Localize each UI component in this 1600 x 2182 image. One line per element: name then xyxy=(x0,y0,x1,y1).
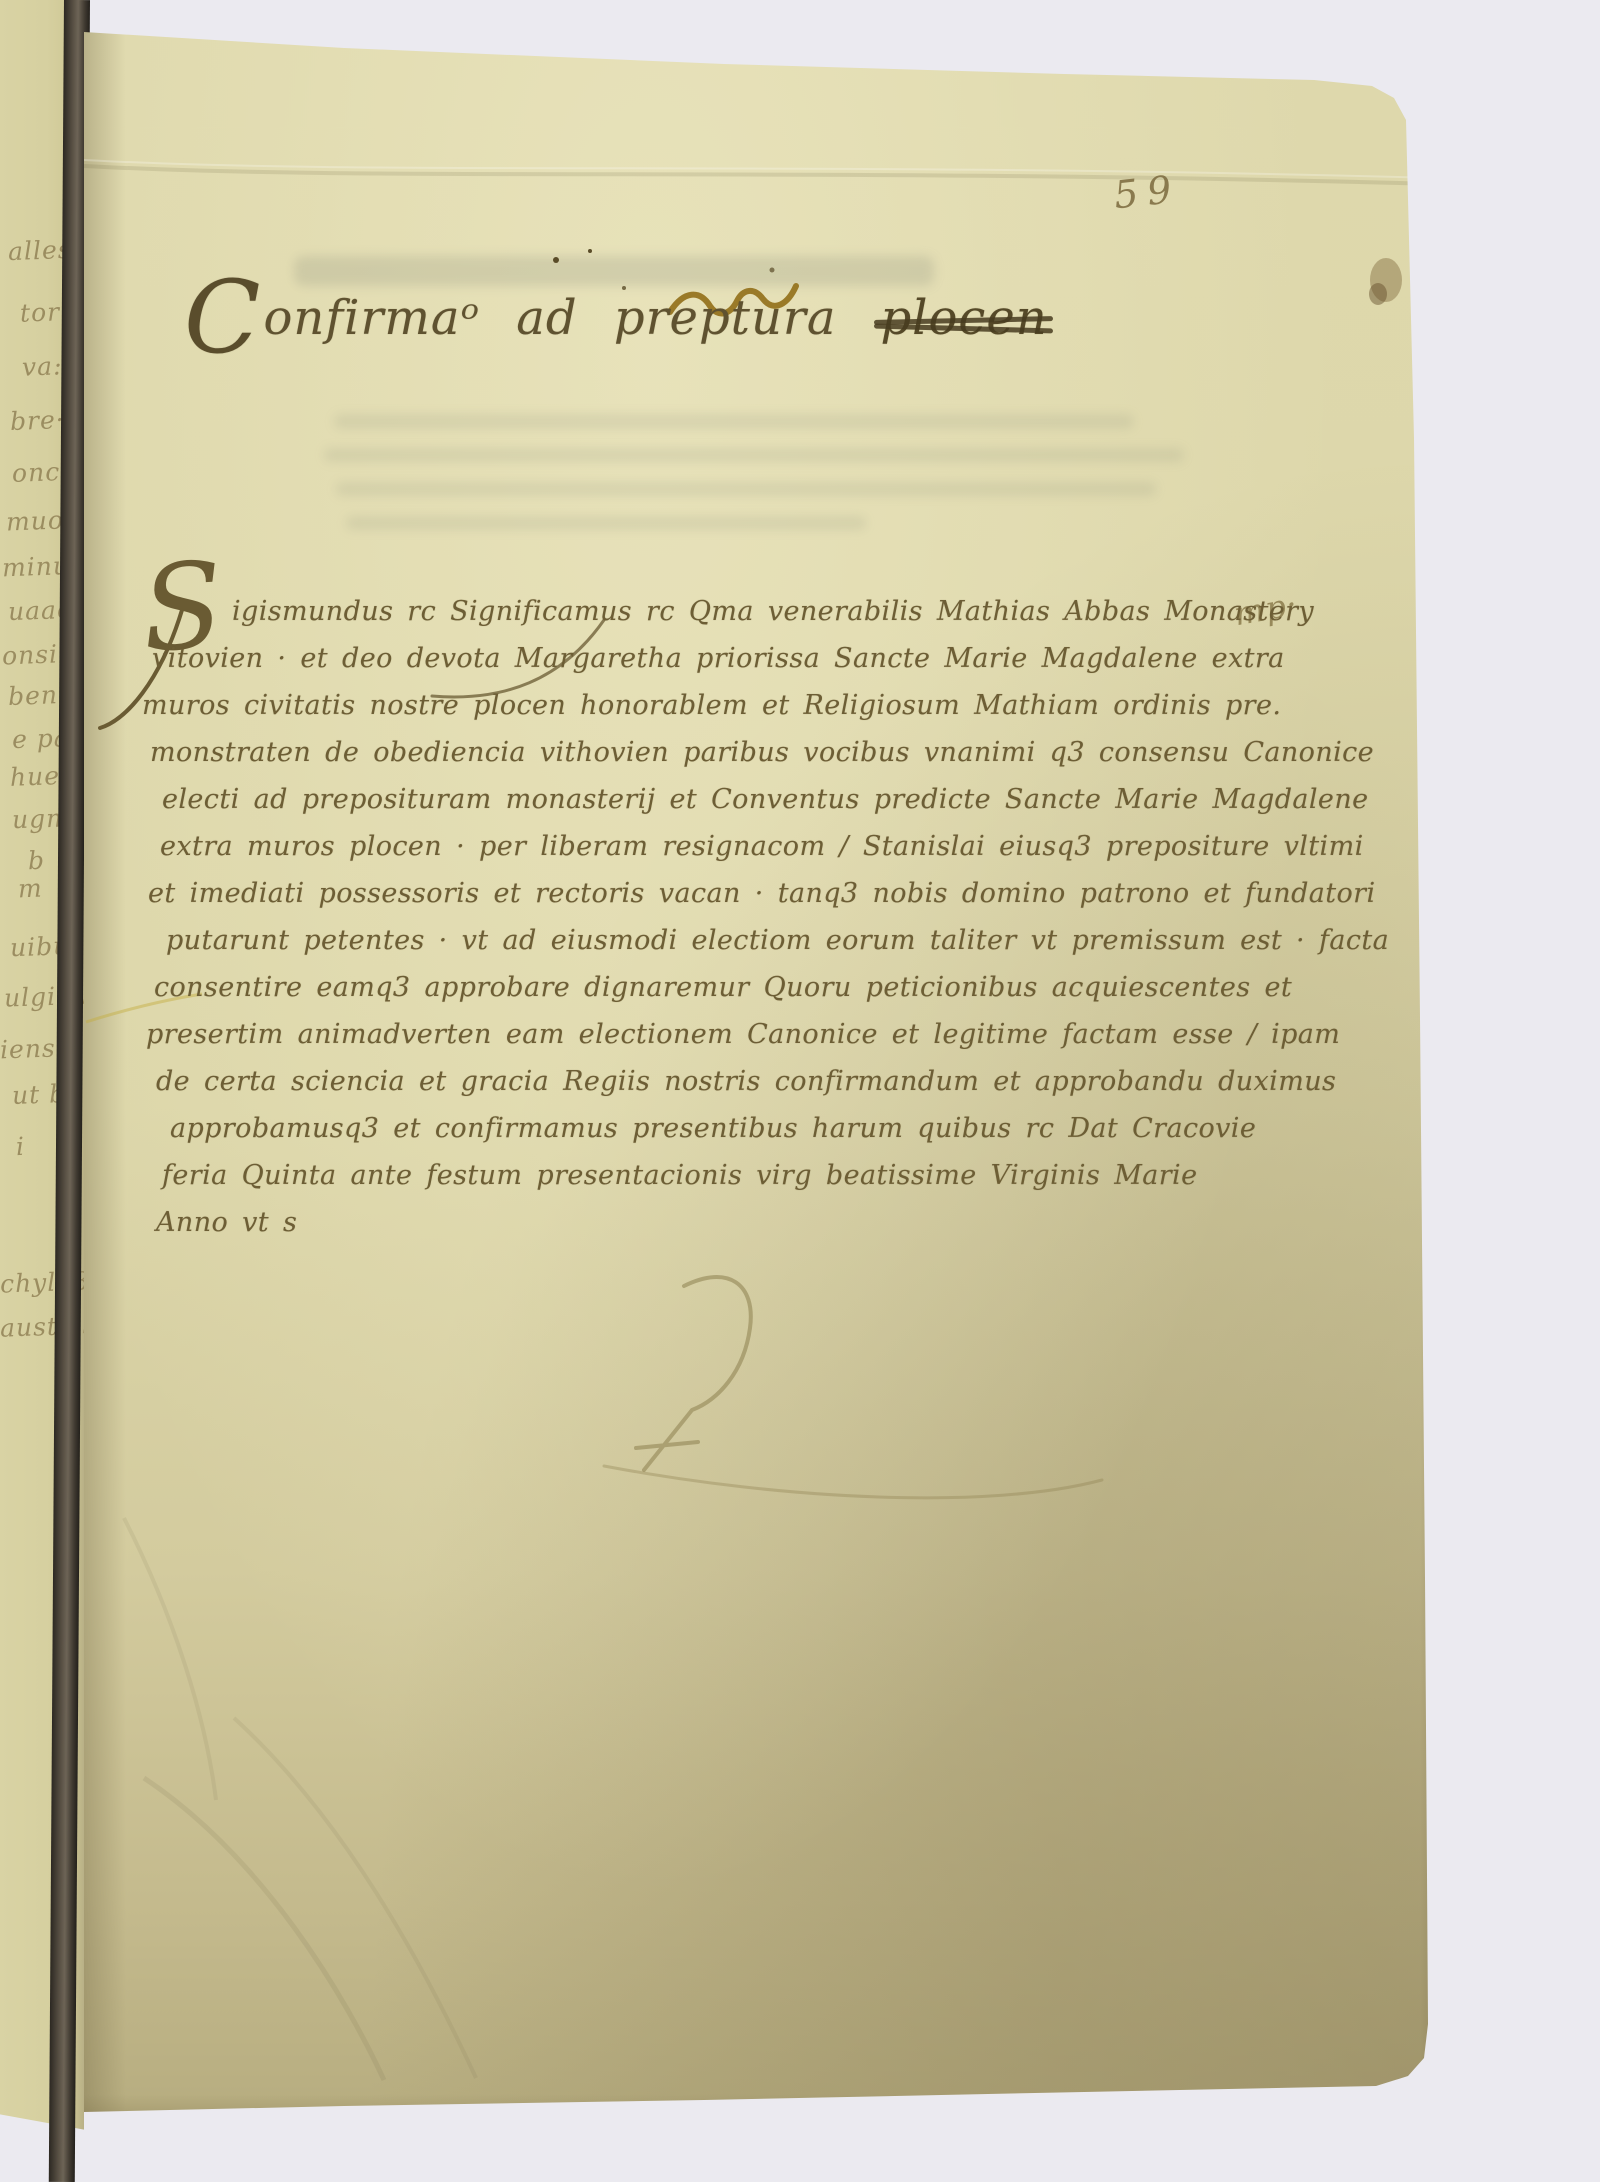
heading-text: onfirmaᵒ ad preptura xyxy=(264,290,837,346)
body-line: vitovien · et deo devota Margaretha prio… xyxy=(140,635,1250,682)
heading-initial: C xyxy=(184,259,262,376)
folio-number: 59 xyxy=(1112,167,1183,218)
body-line: Anno vt s xyxy=(140,1199,1250,1246)
stain xyxy=(1369,283,1387,305)
margin-fragment: tor xyxy=(20,297,61,327)
ink-speck xyxy=(553,257,559,263)
pen-flourish xyxy=(604,1466,1102,1498)
margin-fragment: hue xyxy=(10,761,61,792)
rubric-heading: Confirmaᵒ ad prepturaplocen xyxy=(184,290,1284,346)
manuscript-scan: alles tor va: bre· onc muore minus uaae … xyxy=(0,0,1600,2182)
body-line: putarunt petentes · vt ad eiusmodi elect… xyxy=(140,917,1250,964)
margin-fragment: i xyxy=(15,1132,25,1161)
pen-flourish xyxy=(636,1277,751,1470)
margin-fragment: m xyxy=(18,874,44,904)
wrinkle-line xyxy=(144,1778,384,2080)
body-line: monstraten de obediencia vithovien parib… xyxy=(140,729,1250,776)
ink-speck xyxy=(588,249,592,253)
struck-word: plocen xyxy=(880,290,1047,346)
body-line: electi ad preposituram monasterij et Con… xyxy=(140,776,1250,823)
body-line: de certa sciencia et gracia Regiis nostr… xyxy=(140,1058,1250,1105)
body-line: feria Quinta ante festum presentacionis … xyxy=(140,1152,1250,1199)
margin-fragment: onc xyxy=(12,457,61,488)
wrinkle-line xyxy=(124,1518,216,1800)
body-line: presertim animadverten eam electionem Ca… xyxy=(140,1011,1250,1058)
charter-body-text: igismundus rc Significamus rc Qma venera… xyxy=(140,588,1250,1246)
body-line: consentire eamq3 approbare dignaremur Qu… xyxy=(140,964,1250,1011)
margin-fragment: bre· xyxy=(10,405,66,436)
body-line: extra muros plocen · per liberam resigna… xyxy=(140,823,1250,870)
body-line: et imediati possessoris et rectoris vaca… xyxy=(140,870,1250,917)
body-line: igismundus rc Significamus rc Qma venera… xyxy=(140,588,1250,635)
margin-fragment: b xyxy=(27,846,45,876)
body-line: muros civitatis nostre plocen honorablem… xyxy=(140,682,1250,729)
margin-fragment: va: xyxy=(22,351,63,381)
ink-speck xyxy=(770,268,775,273)
manuscript-page: 59 mp· Confirmaᵒ ad prepturaplocen S igi… xyxy=(84,18,1436,2114)
body-line: approbamusq3 et confirmamus presentibus … xyxy=(140,1105,1250,1152)
